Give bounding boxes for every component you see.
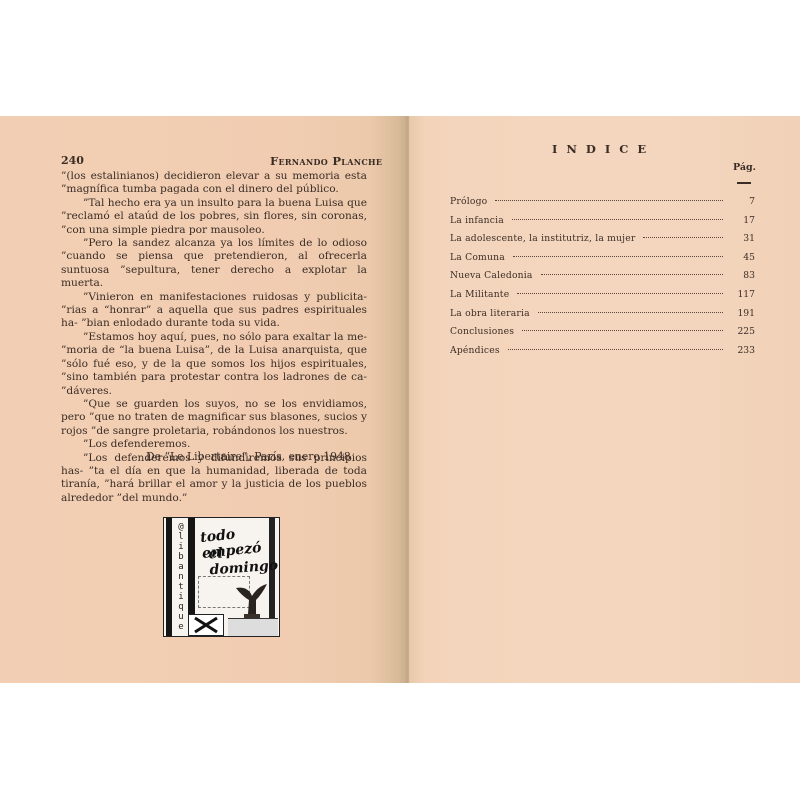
toc-entry[interactable]: Apéndices233 (450, 345, 755, 364)
stamp-side-text: @libantique (176, 522, 186, 632)
page-column-rule (737, 182, 751, 184)
paragraph: ”(los estalinianos) decidieron elevar a … (61, 170, 367, 197)
stamp-title-line2: el domingo (208, 542, 280, 579)
watermark-stamp-image: @libantique todo empezó el domingo (163, 517, 280, 637)
leader-dots (508, 349, 723, 350)
leader-dots (495, 200, 723, 201)
toc-entry[interactable]: La adolescente, la institutriz, la mujer… (450, 233, 755, 252)
page-number: 240 (61, 154, 84, 167)
eagle-figurine-icon (234, 582, 268, 622)
leader-dots (512, 219, 723, 220)
source-attribution: De “Le Libertaire”, París, enero 1948 (146, 450, 351, 463)
index-title: INDICE (552, 142, 655, 156)
stamp-box (188, 614, 224, 636)
toc-entry[interactable]: La infancia17 (450, 215, 755, 234)
paragraph: ”Vinieron en manifestaciones ruidosas y … (61, 291, 367, 331)
page-column-label: Pág. (733, 162, 756, 173)
paragraph: ”Pero la sandez alcanza ya los límites d… (61, 237, 367, 291)
toc-entry[interactable]: Conclusiones225 (450, 326, 755, 345)
toc-entry[interactable]: La obra literaria191 (450, 308, 755, 327)
leader-dots (643, 237, 723, 238)
toc-entry[interactable]: Prólogo7 (450, 196, 755, 215)
leader-dots (517, 293, 723, 294)
running-head: Fernando Planche (270, 154, 382, 168)
leader-dots (538, 312, 723, 313)
x-mark-icon (189, 615, 223, 635)
toc-entry[interactable]: Nueva Caledonia83 (450, 270, 755, 289)
left-page: 240 Fernando Planche ”(los estalinianos)… (0, 116, 410, 683)
leader-dots (513, 256, 723, 257)
table-of-contents: Prólogo7 La infancia17 La adolescente, l… (450, 196, 755, 363)
book-spine (406, 116, 409, 683)
toc-entry[interactable]: La Militante117 (450, 289, 755, 308)
paragraph: ”Tal hecho era ya un insulto para la bue… (61, 197, 367, 237)
leader-dots (522, 330, 723, 331)
paragraph: ”Que se guarden los suyos, no se los env… (61, 398, 367, 438)
leader-dots (541, 274, 723, 275)
table-surface (228, 618, 278, 637)
paragraph: ”Estamos hoy aquí, pues, no sólo para ex… (61, 331, 367, 398)
window-frame (166, 518, 172, 636)
toc-entry[interactable]: La Comuna45 (450, 252, 755, 271)
